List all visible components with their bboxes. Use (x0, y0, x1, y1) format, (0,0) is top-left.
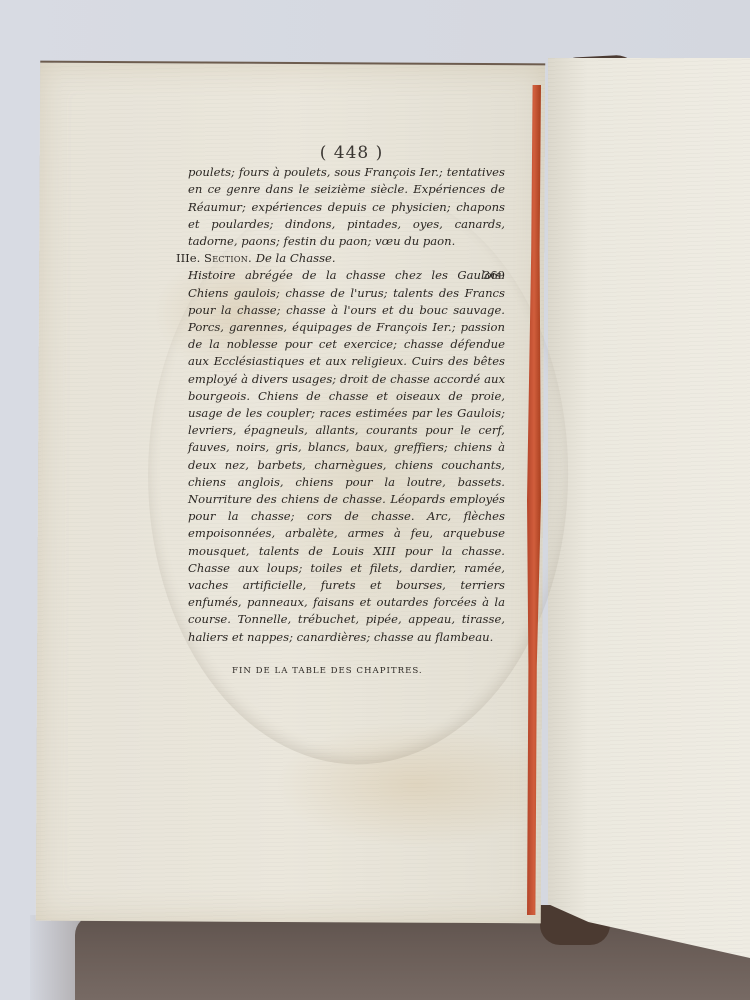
section-heading: IIIe. Section. De la Chasse. (176, 250, 505, 267)
section-body: Histoire abrégée de la chasse chez les G… (188, 267, 505, 645)
page-text: ( 448 ) poulets; fours à poulets, sous F… (188, 145, 505, 646)
section-label: Section. (204, 251, 252, 265)
section-number: IIIe. (176, 251, 200, 265)
section-heading-row: IIIe. Section. De la Chasse. 369 (188, 250, 505, 267)
section-title: De la Chasse. (256, 251, 336, 265)
end-of-table-note: FIN DE LA TABLE DES CHAPITRES. (232, 666, 452, 676)
section-page-reference: 369 (483, 267, 505, 284)
right-page (548, 58, 750, 958)
paragraph-poultry: poulets; fours à poulets, sous François … (188, 164, 505, 250)
page-number: ( 448 ) (188, 145, 505, 162)
